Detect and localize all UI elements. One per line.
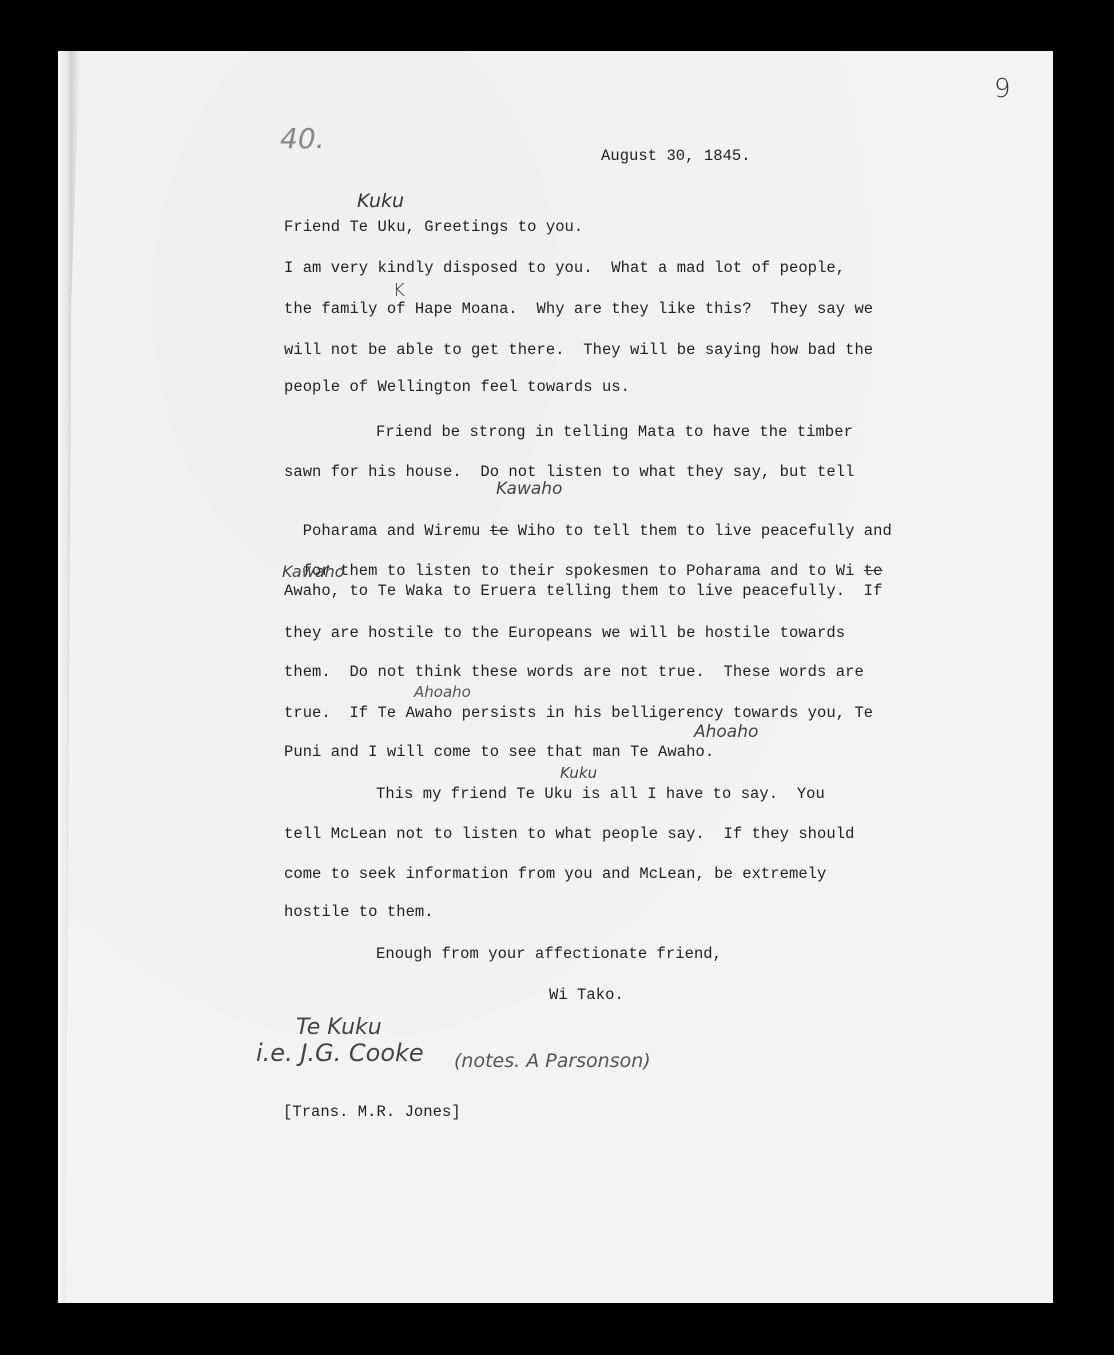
body-line-16: come to seek information from you and Mc… <box>284 865 826 883</box>
closing: Enough from your affectionate friend, <box>376 945 722 963</box>
signature: Wi Tako. <box>549 986 624 1004</box>
handwritten-note-line1: Te Kuku <box>296 1015 382 1040</box>
body-line-17: hostile to them. <box>284 903 434 921</box>
page-number: 9 <box>994 74 1011 104</box>
body-line-14: This my friend Te Uku is all I have to s… <box>376 785 825 803</box>
struck-word: te <box>490 522 509 540</box>
body-line-8a: for them to listen to their spokesmen to… <box>303 562 864 580</box>
body-line-12: true. If Te Awaho persists in his bellig… <box>284 704 873 722</box>
archive-number: 40. <box>280 122 325 155</box>
body-line-15: tell McLean not to listen to what people… <box>284 825 854 843</box>
body-line-10: they are hostile to the Europeans we wil… <box>284 624 845 642</box>
annotation-kuku: Kuku <box>357 190 404 212</box>
handwritten-note-line3: (notes. A Parsonson) <box>454 1050 651 1072</box>
struck-word-2: te <box>864 562 883 580</box>
salutation: Friend Te Uku, Greetings to you. <box>284 218 583 236</box>
annotation-kawaho-1: Kawaho <box>496 479 562 499</box>
body-line-7: Poharama and Wiremu te Wiho to tell them… <box>284 504 892 540</box>
annotation-ahoaho-1: Ahoaho <box>414 683 471 701</box>
body-line-13: Puni and I will come to see that man Te … <box>284 743 714 761</box>
annotation-k: K <box>393 280 405 301</box>
annotation-kuku-2: Kuku <box>560 764 597 782</box>
annotation-ahoaho-2: Ahoaho <box>694 722 758 742</box>
body-line-3: will not be able to get there. They will… <box>284 341 873 359</box>
translator-credit: [Trans. M.R. Jones] <box>283 1103 461 1121</box>
body-line-8: for them to listen to their spokesmen to… <box>284 544 883 580</box>
body-line-7b: Wiho to tell them to live peacefully and <box>508 522 891 540</box>
body-line-2: the family of Hape Moana. Why are they l… <box>284 300 873 318</box>
body-line-4: people of Wellington feel towards us. <box>284 378 630 396</box>
body-line-1: I am very kindly disposed to you. What a… <box>284 259 845 277</box>
body-line-11: them. Do not think these words are not t… <box>284 663 864 681</box>
annotation-kawaho-2: Kawaho <box>282 562 345 581</box>
body-line-5: Friend be strong in telling Mata to have… <box>376 423 853 441</box>
body-line-9: Awaho, to Te Waka to Eruera telling them… <box>284 582 883 600</box>
body-line-7a: Poharama and Wiremu <box>303 522 490 540</box>
body-line-6: sawn for his house. Do not listen to wha… <box>284 463 854 481</box>
letter-date: August 30, 1845. <box>601 147 751 165</box>
handwritten-note-line2: i.e. J.G. Cooke <box>256 1039 424 1067</box>
